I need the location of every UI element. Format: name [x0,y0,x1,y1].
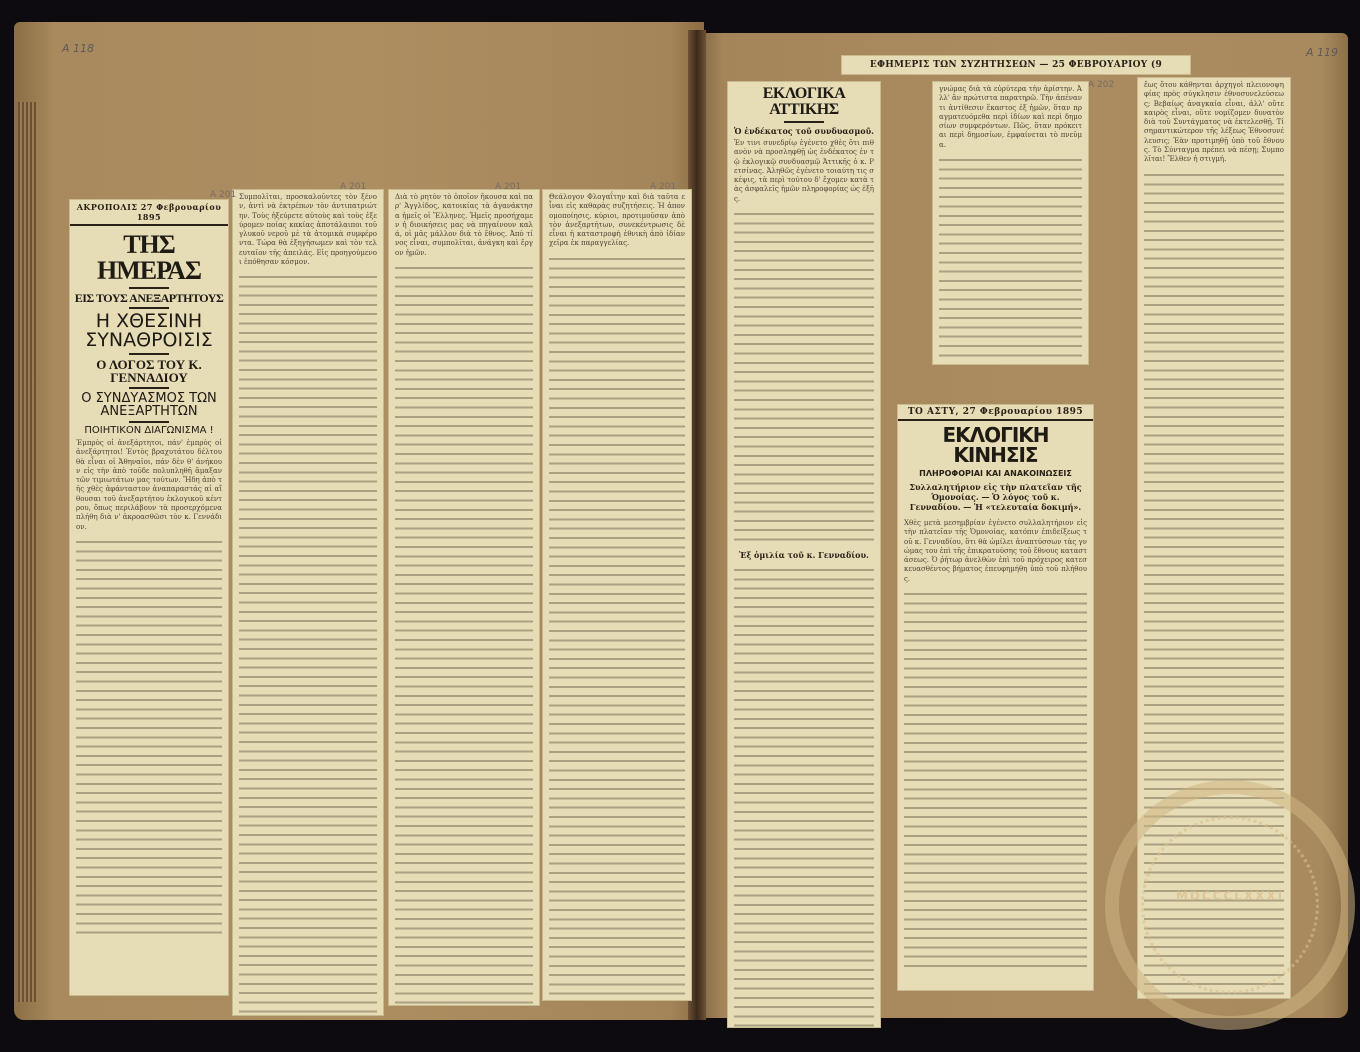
clipping-right-col2: γνώμας διὰ τὰ εὐρύτερα τὴν ἀρίστην. Ἀλλ'… [933,82,1088,364]
article-text-lines [939,153,1082,363]
headline-anexartitous: ΕΙΣ ΤΟΥΣ ΑΝΕΞΑΡΤΗΤΟΥΣ [70,292,228,304]
subhead: Ὁ ἐνδέκατος τοῦ συνδυασμοῦ. [728,126,880,136]
archive-stamp: Α 201 [340,182,366,192]
subhead-omilia: Ἐξ ὁμιλία τοῦ κ. Γενναδίου. [728,550,880,560]
clipping-left-col3: Διὰ τὸ ρητὸν τὸ ὁποῖον ἤκουσα καὶ παρ' Ἀ… [389,190,539,1005]
article-text-lines [76,535,222,935]
clipping-eklogika-attikis: ΕΚΛΟΓΙΚΑ ΑΤΤΙΚΗΣ Ὁ ἐνδέκατος τοῦ συνδυασ… [728,82,880,1027]
left-page-number: Α 118 [62,42,94,55]
divider [129,421,169,423]
article-body: Συμπολῖται, προσκαλοῦντες τὸν ξένον, ἀντ… [233,190,383,270]
article-text-lines [239,270,377,1015]
archive-stamp: Α 201 [650,182,676,192]
clipping-masthead: ΤΟ ΑΣΤΥ, 27 Φεβρουαρίου 1895 [898,405,1093,421]
deck: Συλλαλητήριον εἰς τὴν πλατεῖαν τῆς Ὁμονο… [908,482,1083,512]
article-body: Ἐν τινι συνεδρίῳ ἐγένετο χθὲς ὅτι πιθανὸ… [728,136,880,207]
headline-synathroisis: Η ΧΘΕΣΙΝΗ ΣΥΝΑΘΡΟΙΣΙΣ [70,312,228,350]
article-text-lines [904,587,1087,967]
article-body: γνώμας διὰ τὰ εὐρύτερα τὴν ἀρίστην. Ἀλλ'… [933,82,1088,153]
article-text-lines [734,563,874,1027]
article-body: Θεάλογον Φλογαΐτην καὶ διὰ ταῦτα εἶναι ε… [543,190,691,252]
clipping-masthead: ΑΚΡΟΠΟΛΙΣ 27 Φεβρουαρίου 1895 [70,200,228,226]
seal-year: MDCCCLXXXI [1119,889,1341,903]
article-text-lines [395,261,533,1005]
clipping-to-asty: ΤΟ ΑΣΤΥ, 27 Φεβρουαρίου 1895 ΕΚΛΟΓΙΚΗ ΚΙ… [898,405,1093,990]
clipping-left-col2: Συμπολῖται, προσκαλοῦντες τὸν ξένον, ἀντ… [233,190,383,1015]
page-edges [18,102,36,1002]
divider [784,121,824,123]
headline-tis-imeras: ΤΗΣ ΗΜΕΡΑΣ [70,232,228,284]
running-header: ΕΦΗΜΕΡΙΣ ΤΩΝ ΣΥΖΗΤΗΣΕΩΝ — 25 ΦΕΒΡΟΥΑΡΙΟΥ… [842,56,1190,74]
headline-eklogiki-kinisis: ΕΚΛΟΓΙΚΗ ΚΙΝΗΣΙΣ [898,425,1093,465]
article-body: Διὰ τὸ ρητὸν τὸ ὁποῖον ἤκουσα καὶ παρ' Ἀ… [389,190,539,261]
archive-stamp: Α 202 [1088,80,1114,90]
headline-eklogika: ΕΚΛΟΓΙΚΑ ΑΤΤΙΚΗΣ [728,86,880,118]
archive-stamp: Α 201 [495,182,521,192]
headline-logos-gennadiou: Ο ΛΟΓΟΣ ΤΟΥ Κ. ΓΕΝΝΑΔΙΟΥ [70,358,228,384]
article-body: Χθὲς μετὰ μεσημβρίαν ἐγένετο συλλαλητήρι… [898,516,1093,587]
clipping-akropolis: ΑΚΡΟΠΟΛΙΣ 27 Φεβρουαρίου 1895 ΤΗΣ ΗΜΕΡΑΣ… [70,200,228,995]
clipping-left-col4: Θεάλογον Φλογαΐτην καὶ διὰ ταῦτα εἶναι ε… [543,190,691,1000]
institution-seal: MDCCCLXXXI [1105,780,1355,1030]
archive-stamp: Α 201 [210,190,236,200]
subhead: ΠΛΗΡΟΦΟΡΙΑΙ ΚΑΙ ΑΝΑΚΟΙΝΩΣΕΙΣ [898,469,1093,478]
seal-inner-ring [1141,816,1319,994]
divider [129,287,169,289]
divider [129,387,169,389]
article-body: ἕως ὅτου κάθηνται ἀρχηγοὶ πλειονοψηφίας … [1138,78,1290,168]
article-text-lines [734,207,874,547]
headline-syndyasmos: Ο ΣΥΝΔΥΑΣΜΟΣ ΤΩΝ ΑΝΕΞΑΡΤΗΤΩΝ [70,392,228,418]
headline-diagonisma: ΠΟΙΗΤΙΚΟΝ ΔΙΑΓΩΝΙΣΜΑ ! [70,426,228,436]
article-body: Έμπρὸς οἱ ἀνεξάρτητοι, πάν' ἐμπρὸς οἱ ἀν… [70,436,228,535]
divider [129,353,169,355]
divider [129,307,169,309]
running-header-strip: ΕΦΗΜΕΡΙΣ ΤΩΝ ΣΥΖΗΤΗΣΕΩΝ — 25 ΦΕΒΡΟΥΑΡΙΟΥ… [842,56,1190,74]
right-page-number: Α 119 [1306,46,1338,59]
article-text-lines [549,252,685,997]
